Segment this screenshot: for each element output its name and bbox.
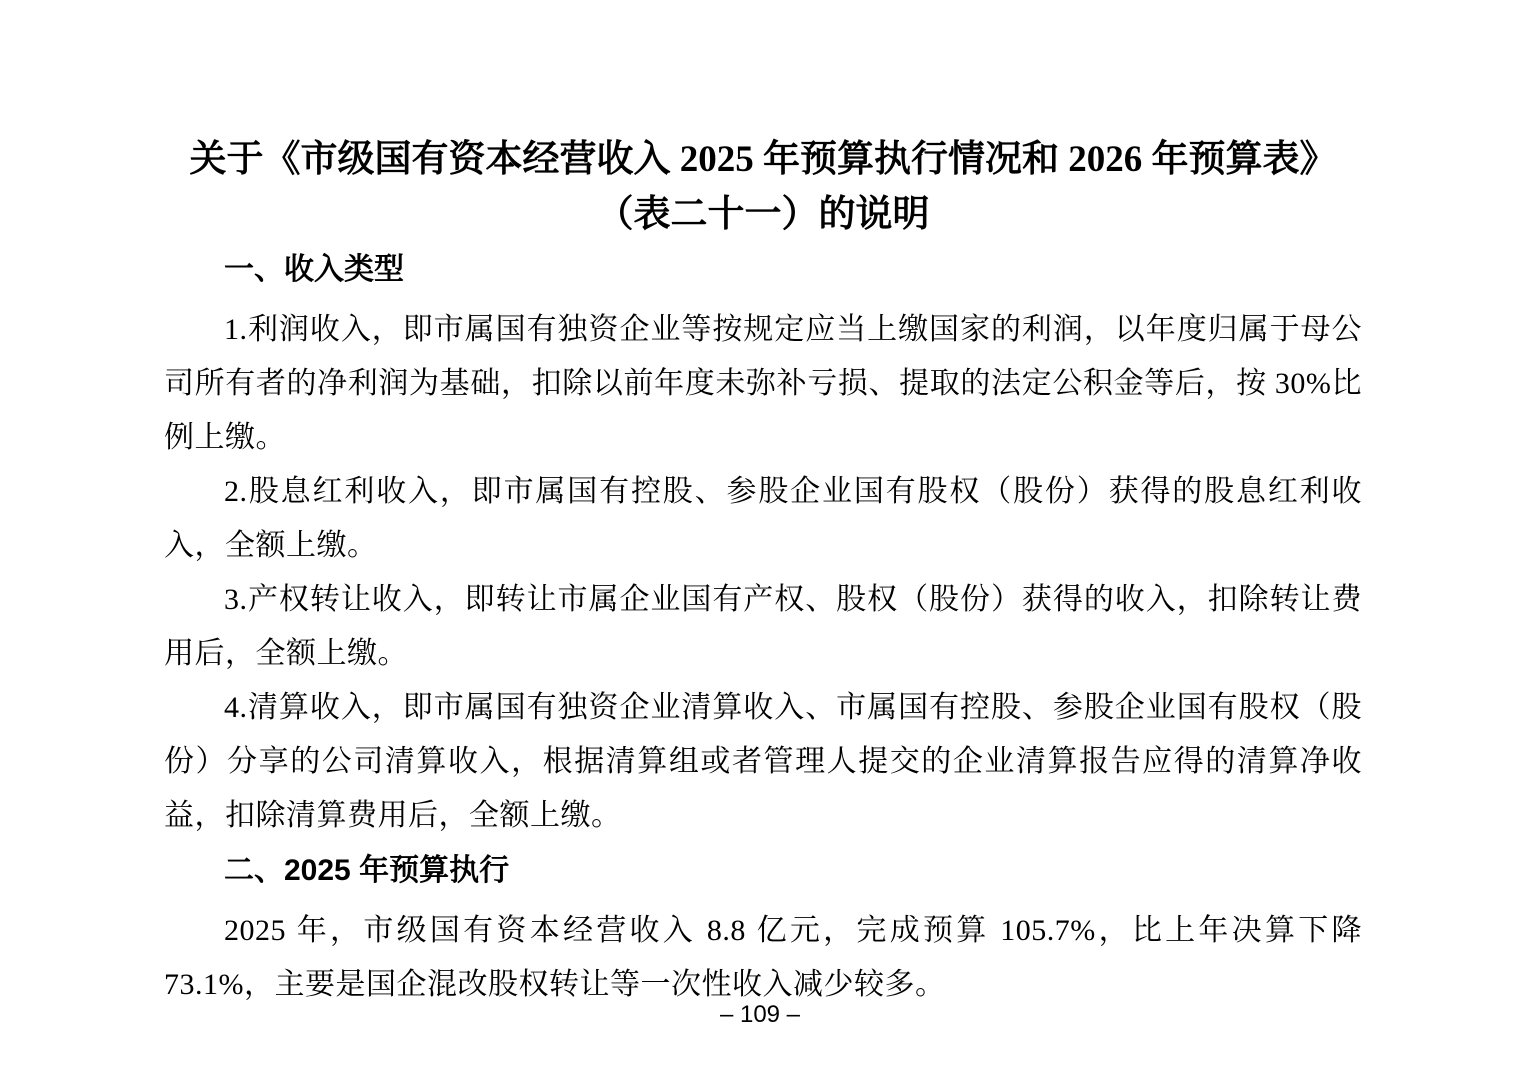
- paragraph-profit-income: 1.利润收入，即市属国有独资企业等按规定应当上缴国家的利润，以年度归属于母公司所…: [164, 303, 1362, 465]
- paragraph-property-transfer-income: 3.产权转让收入，即转让市属企业国有产权、股权（股份）获得的收入，扣除转让费用后…: [164, 573, 1362, 681]
- paragraph-2025-budget-execution: 2025 年，市级国有资本经营收入 8.8 亿元，完成预算 105.7%，比上年…: [164, 904, 1362, 1012]
- title-line-2: （表二十一）的说明: [164, 187, 1362, 242]
- paragraph-liquidation-income: 4.清算收入，即市属国有独资企业清算收入、市属国有控股、参股企业国有股权（股份）…: [164, 681, 1362, 843]
- title-line-1: 关于《市级国有资本经营收入 2025 年预算执行情况和 2026 年预算表》: [164, 132, 1362, 187]
- document-title: 关于《市级国有资本经营收入 2025 年预算执行情况和 2026 年预算表》 （…: [164, 132, 1362, 242]
- page-number: – 109 –: [0, 1002, 1520, 1028]
- section-heading-2025-budget-execution: 二、2025 年预算执行: [164, 843, 1362, 898]
- paragraph-dividend-income: 2.股息红利收入，即市属国有控股、参股企业国有股权（股份）获得的股息红利收入，全…: [164, 465, 1362, 573]
- section-heading-income-types: 一、收入类型: [164, 242, 1362, 297]
- document-page: 关于《市级国有资本经营收入 2025 年预算执行情况和 2026 年预算表》 （…: [0, 0, 1520, 1074]
